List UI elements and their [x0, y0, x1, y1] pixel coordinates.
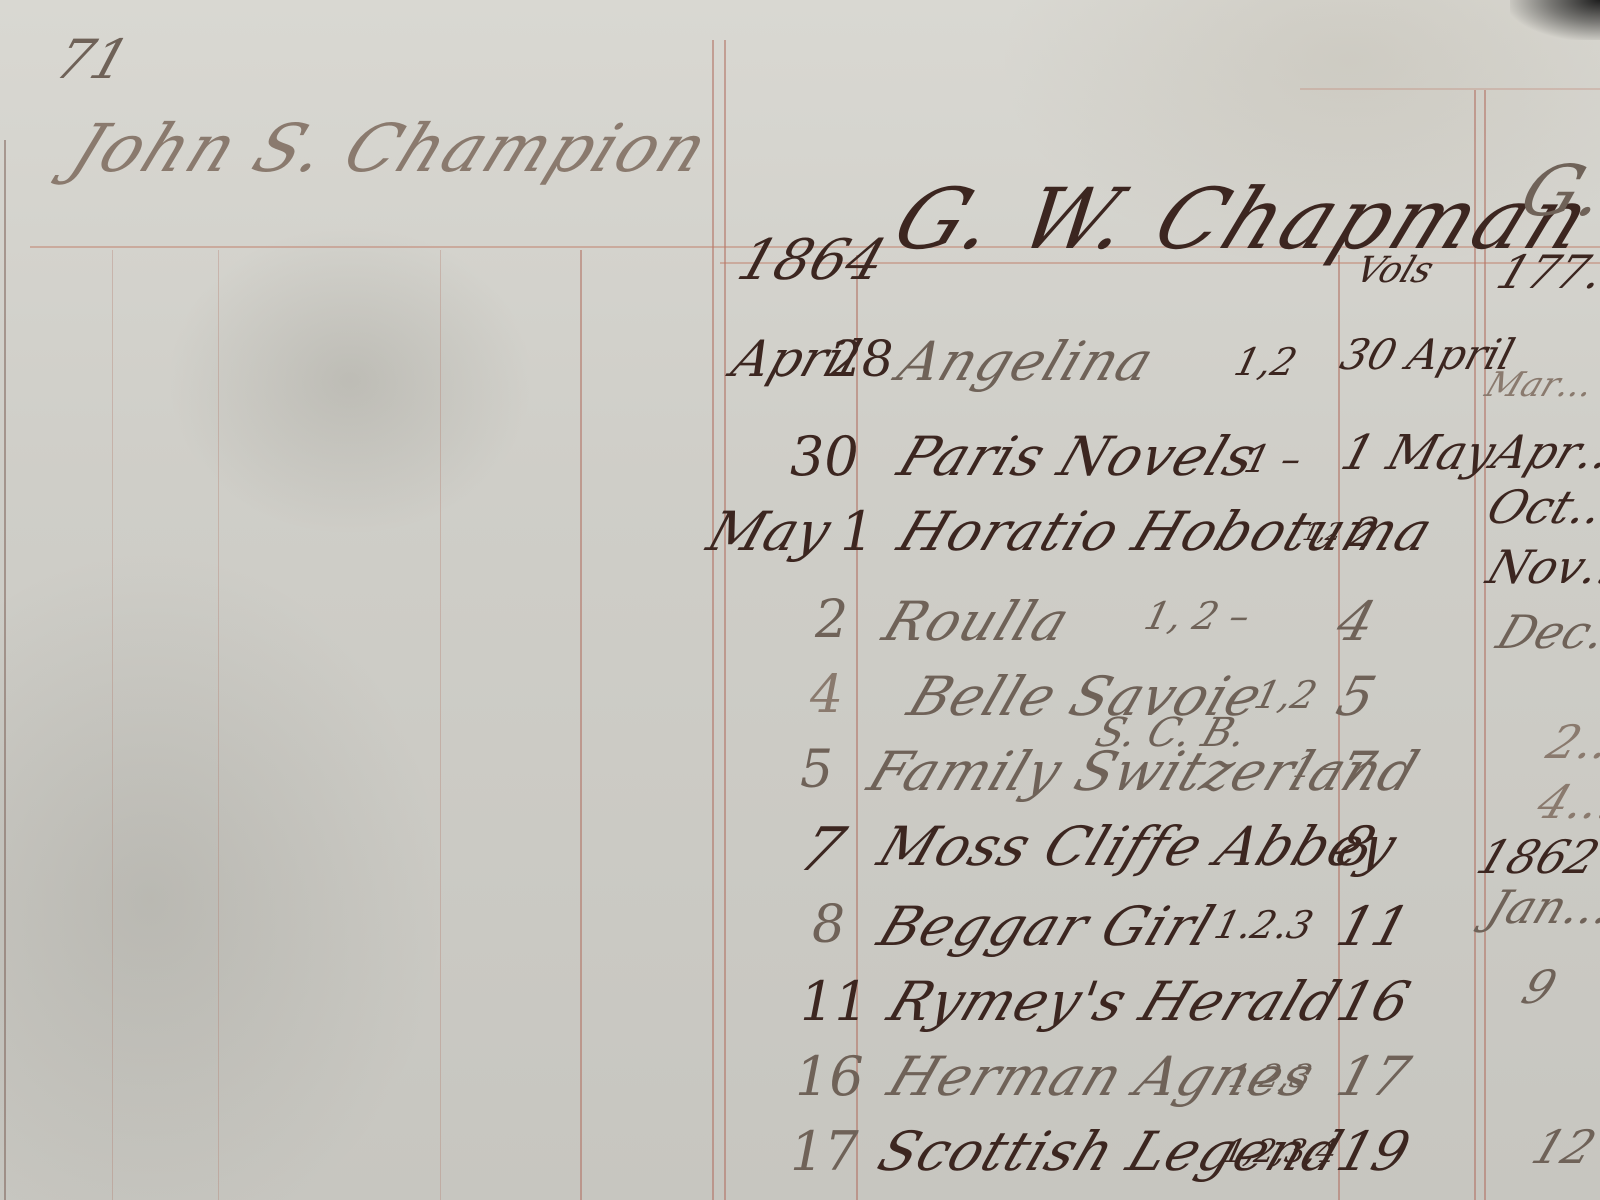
ledger-entry: 16 Herman Agnes 1,2,3 17: [0, 1045, 1600, 1115]
next-line: 4…: [1530, 775, 1600, 829]
entry-vols: 1 –: [1290, 750, 1342, 785]
next-line: 12: [1525, 1120, 1600, 1174]
previous-patron-name: John S. Champion: [60, 110, 721, 187]
next-line: Jan…: [1480, 880, 1600, 934]
entry-title: Angelina: [890, 330, 1163, 393]
next-line: Nov…: [1480, 540, 1600, 594]
ledger-entry: 7 Moss Cliffe Abbey 8: [0, 815, 1600, 885]
entry-vols: 1,2,3: [1225, 1057, 1316, 1095]
entry-returned: 11: [1330, 895, 1417, 958]
entry-vols: 1,2: [1300, 518, 1345, 546]
entry-vols: 1.2.3: [1210, 903, 1318, 947]
entry-day: 30: [790, 425, 859, 488]
volumes-header: Vols: [1350, 250, 1439, 291]
ledger-page: 71 John S. Champion 1864 G. W. Chapman V…: [0, 0, 1600, 1200]
entry-returned: 17: [1330, 1045, 1417, 1108]
entry-day: 16: [795, 1045, 864, 1108]
entry-vols: 1,2: [1230, 340, 1301, 384]
entry-title: Beggar Girl: [870, 895, 1223, 958]
account-year: 1864: [730, 228, 894, 293]
ledger-entry: April 28 Angelina 1,2 30 April: [0, 330, 1600, 400]
entry-returned: 4: [1330, 590, 1382, 653]
ledger-entry: 2 Roulla 1, 2 – 4: [0, 590, 1600, 660]
entry-vols: 1 –: [1240, 437, 1306, 481]
entry-day: 2: [815, 590, 848, 650]
entry-day: 1: [840, 500, 874, 563]
entry-vols: 1,2: [1250, 673, 1321, 717]
next-year: 177…: [1490, 245, 1600, 299]
entry-day: 17: [790, 1120, 859, 1183]
page-number: 71: [48, 28, 137, 91]
entry-day: 5: [800, 740, 833, 800]
ledger-entry: 30 Paris Novels 1 – 1 May: [0, 425, 1600, 495]
next-line: 9: [1515, 960, 1564, 1014]
ledger-entry: 11 Rymey's Herald 16: [0, 970, 1600, 1040]
entry-title: Moss Cliffe Abbey: [870, 815, 1406, 878]
next-line: 1862: [1470, 830, 1600, 884]
next-line: 2…: [1540, 715, 1600, 769]
entry-day: 11: [800, 970, 869, 1033]
entry-month: May: [700, 500, 838, 563]
next-line: Mar…: [1480, 365, 1600, 405]
ledger-entry: 5 Family Switzerland 1 – 7: [0, 740, 1600, 810]
ledger-entry: 8 Beggar Girl 1.2.3 11: [0, 895, 1600, 965]
entry-title: Roulla: [875, 590, 1079, 653]
entry-day: 4: [810, 665, 843, 725]
entry-day: 7: [790, 815, 854, 885]
entry-day: 28: [830, 330, 894, 388]
entry-title: Paris Novels: [890, 425, 1266, 488]
entry-vols: 1, 2 –: [1140, 594, 1255, 638]
next-patron-name: G…: [1510, 150, 1600, 232]
next-account-column: G… 177… Mar… Apr… Oct… Nov… Dec… 2… 4… 1…: [1470, 0, 1600, 1200]
next-line: Apr…: [1485, 425, 1600, 479]
ledger-entry: 17 Scottish Legend 1,2,3,4 19: [0, 1120, 1600, 1190]
ledger-entry: May 1 Horatio Hobotuma 1,2 2: [0, 500, 1600, 570]
entry-day: 8: [812, 895, 845, 955]
ledger-entry: 4 Belle Savoie 1,2 5: [0, 665, 1600, 735]
entry-title: Rymey's Herald: [880, 970, 1349, 1033]
entry-returned: 5: [1330, 665, 1382, 728]
entry-vols: 1,2,3,4: [1220, 1132, 1341, 1170]
next-line: Dec…: [1490, 605, 1600, 659]
next-line: Oct…: [1480, 480, 1600, 534]
